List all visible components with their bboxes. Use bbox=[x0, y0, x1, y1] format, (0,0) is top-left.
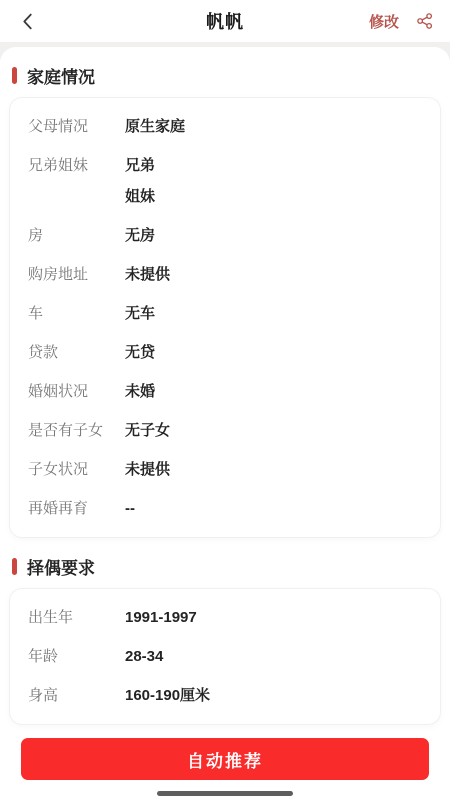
row-value: 兄弟 姐妹 bbox=[125, 150, 155, 212]
info-row-house: 房 无房 bbox=[28, 216, 422, 255]
row-label: 年龄 bbox=[28, 641, 125, 672]
content-sheet: 家庭情况 父母情况 原生家庭 兄弟姐妹 兄弟 姐妹 房 无房 购房地址 未提供 … bbox=[0, 47, 450, 800]
row-label: 再婚再育 bbox=[28, 493, 125, 524]
row-label: 身高 bbox=[28, 680, 125, 711]
footer-action-bar: 自动推荐 bbox=[0, 734, 450, 780]
row-value: -- bbox=[125, 493, 135, 524]
row-label: 兄弟姐妹 bbox=[28, 150, 125, 181]
auto-recommend-button[interactable]: 自动推荐 bbox=[21, 738, 429, 780]
info-row-house-address: 购房地址 未提供 bbox=[28, 255, 422, 294]
section-header-partner-requirements: 择偶要求 bbox=[0, 547, 450, 587]
row-label: 出生年 bbox=[28, 602, 125, 633]
row-label: 子女状况 bbox=[28, 454, 125, 485]
info-row-car: 车 无车 bbox=[28, 294, 422, 333]
row-value: 原生家庭 bbox=[125, 111, 185, 142]
info-row-loan: 贷款 无贷 bbox=[28, 333, 422, 372]
info-row-height: 身高 160-190厘米 bbox=[28, 676, 422, 715]
info-row-has-children: 是否有子女 无子女 bbox=[28, 411, 422, 450]
row-label: 是否有子女 bbox=[28, 415, 125, 446]
row-value: 160-190厘米 bbox=[125, 680, 210, 711]
edit-button[interactable]: 修改 bbox=[369, 11, 399, 32]
back-button[interactable] bbox=[14, 7, 42, 35]
navbar: 帆帆 修改 bbox=[0, 0, 450, 42]
info-row-parents: 父母情况 原生家庭 bbox=[28, 107, 422, 146]
section-header-family: 家庭情况 bbox=[0, 56, 450, 96]
row-label: 房 bbox=[28, 220, 125, 251]
row-label: 贷款 bbox=[28, 337, 125, 368]
row-value: 未提供 bbox=[125, 259, 170, 290]
chevron-left-icon bbox=[17, 10, 39, 32]
row-value: 无房 bbox=[125, 220, 155, 251]
row-value: 无子女 bbox=[125, 415, 170, 446]
app-screen: 帆帆 修改 家庭情况 父母情况 bbox=[0, 0, 450, 800]
family-info-card: 父母情况 原生家庭 兄弟姐妹 兄弟 姐妹 房 无房 购房地址 未提供 车 无车 … bbox=[10, 98, 440, 537]
row-value: 未提供 bbox=[125, 454, 170, 485]
row-label: 车 bbox=[28, 298, 125, 329]
section-accent-bar bbox=[12, 67, 17, 84]
section-title: 择偶要求 bbox=[27, 554, 95, 579]
row-label: 婚姻状况 bbox=[28, 376, 125, 407]
share-button[interactable] bbox=[414, 10, 436, 32]
info-row-age: 年龄 28-34 bbox=[28, 637, 422, 676]
info-row-children-status: 子女状况 未提供 bbox=[28, 450, 422, 489]
info-row-remarriage: 再婚再育 -- bbox=[28, 489, 422, 528]
section-accent-bar bbox=[12, 558, 17, 575]
home-indicator-handle[interactable] bbox=[157, 791, 293, 796]
navbar-actions: 修改 bbox=[369, 10, 436, 32]
row-label: 父母情况 bbox=[28, 111, 125, 142]
row-value: 未婚 bbox=[125, 376, 155, 407]
row-value: 无贷 bbox=[125, 337, 155, 368]
info-row-siblings: 兄弟姐妹 兄弟 姐妹 bbox=[28, 146, 422, 216]
row-label: 购房地址 bbox=[28, 259, 125, 290]
section-title: 家庭情况 bbox=[27, 63, 95, 88]
home-indicator-area bbox=[0, 780, 450, 800]
info-row-marital-status: 婚姻状况 未婚 bbox=[28, 372, 422, 411]
row-value: 无车 bbox=[125, 298, 155, 329]
row-value: 28-34 bbox=[125, 641, 163, 672]
info-row-birth-year: 出生年 1991-1997 bbox=[28, 598, 422, 637]
share-icon bbox=[416, 12, 434, 30]
row-value: 1991-1997 bbox=[125, 602, 197, 633]
partner-requirements-card: 出生年 1991-1997 年龄 28-34 身高 160-190厘米 bbox=[10, 589, 440, 724]
